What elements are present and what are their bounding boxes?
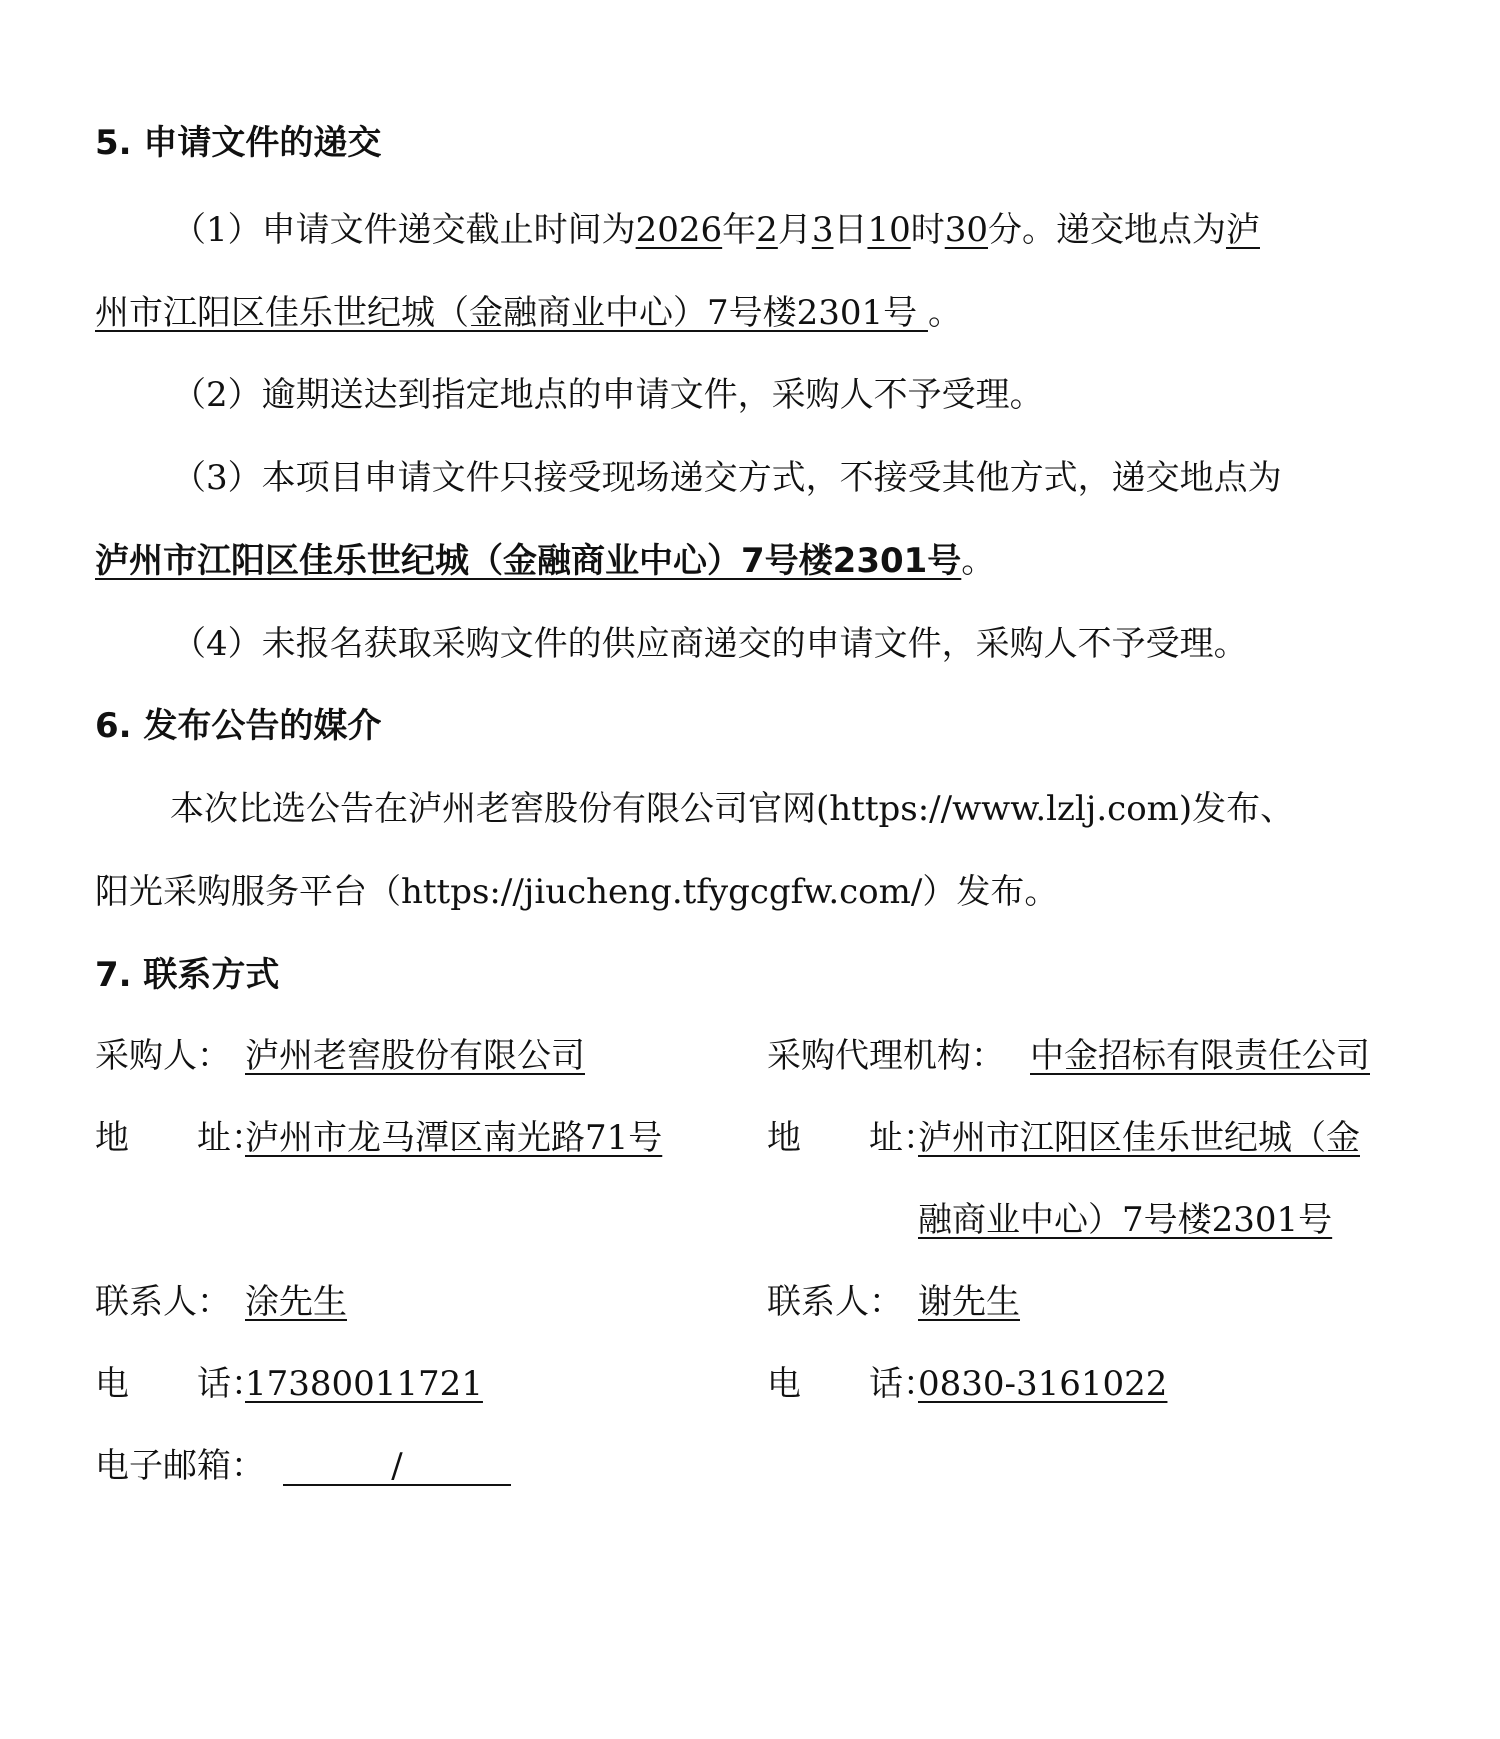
item-1-prefix: （1）申请文件递交截止时间为: [172, 210, 636, 250]
agency-address-line-2: 融商业中心）7号楼2301号: [918, 1200, 1332, 1240]
purchaser-phone-label: 电 话：: [95, 1364, 265, 1404]
purchaser-contact: 涂先生: [245, 1282, 347, 1322]
section-6-heading: 6. 发布公告的媒介: [95, 706, 381, 746]
section-5-item-3: （3）本项目申请文件只接受现场递交方式，不接受其他方式，递交地点为: [172, 458, 1282, 498]
submission-address-start: 泸: [1226, 210, 1260, 250]
deadline-day: 3: [812, 210, 834, 250]
section-5-item-3-address-line: 泸州市江阳区佳乐世纪城（金融商业中心）7号楼2301号。: [95, 541, 995, 581]
minute-unit: 分。递交地点为: [988, 210, 1226, 250]
agency-address-label: 地 址：: [767, 1118, 937, 1158]
purchaser-phone: 17380011721: [245, 1364, 483, 1404]
section-6-line-1: 本次比选公告在泸州老窖股份有限公司官网(https://www.lzlj.com…: [170, 789, 1294, 829]
purchaser-address-label: 地 址：: [95, 1118, 265, 1158]
onsite-submission-address: 泸州市江阳区佳乐世纪城（金融商业中心）7号楼2301号: [95, 541, 961, 581]
agency-name: 中金招标有限责任公司: [1030, 1036, 1370, 1076]
agency-label: 采购代理机构：: [767, 1036, 1005, 1076]
section-5-item-2: （2）逾期送达到指定地点的申请文件，采购人不予受理。: [172, 375, 1044, 415]
section-5-heading: 5. 申请文件的递交: [95, 123, 381, 163]
submission-address: 州市江阳区佳乐世纪城（金融商业中心）7号楼2301号: [95, 293, 928, 333]
agency-phone: 0830-3161022: [918, 1364, 1167, 1404]
deadline-minute: 30: [945, 210, 988, 250]
section-5-item-1-line-2: 州市江阳区佳乐世纪城（金融商业中心）7号楼2301号 。: [95, 293, 962, 333]
agency-address-line-1: 泸州市江阳区佳乐世纪城（金: [918, 1118, 1360, 1158]
period: 。: [961, 541, 995, 581]
purchaser-email-label: 电子邮箱：: [95, 1446, 265, 1486]
agency-contact: 谢先生: [918, 1282, 1020, 1322]
purchaser-contact-label: 联系人：: [95, 1282, 231, 1322]
section-6-line-2: 阳光采购服务平台（https://jiucheng.tfygcgfw.com/）…: [95, 872, 1058, 912]
agency-contact-label: 联系人：: [767, 1282, 903, 1322]
deadline-year: 2026: [636, 210, 723, 250]
purchaser-name: 泸州老窖股份有限公司: [245, 1036, 585, 1076]
year-unit: 年: [722, 210, 756, 250]
day-unit: 日: [833, 210, 867, 250]
hour-unit: 时: [911, 210, 945, 250]
deadline-month: 2: [756, 210, 778, 250]
period: 。: [928, 293, 962, 333]
agency-phone-label: 电 话：: [767, 1364, 937, 1404]
purchaser-label: 采购人：: [95, 1036, 231, 1076]
purchaser-email-blank: /: [283, 1448, 511, 1486]
purchaser-address: 泸州市龙马潭区南光路71号: [245, 1118, 662, 1158]
section-5-item-4: （4）未报名获取采购文件的供应商递交的申请文件，采购人不予受理。: [172, 624, 1248, 664]
section-7-heading: 7. 联系方式: [95, 955, 279, 995]
deadline-hour: 10: [867, 210, 910, 250]
month-unit: 月: [778, 210, 812, 250]
section-5-item-1-line-1: （1）申请文件递交截止时间为2026年2月3日10时30分。递交地点为泸: [172, 210, 1260, 250]
